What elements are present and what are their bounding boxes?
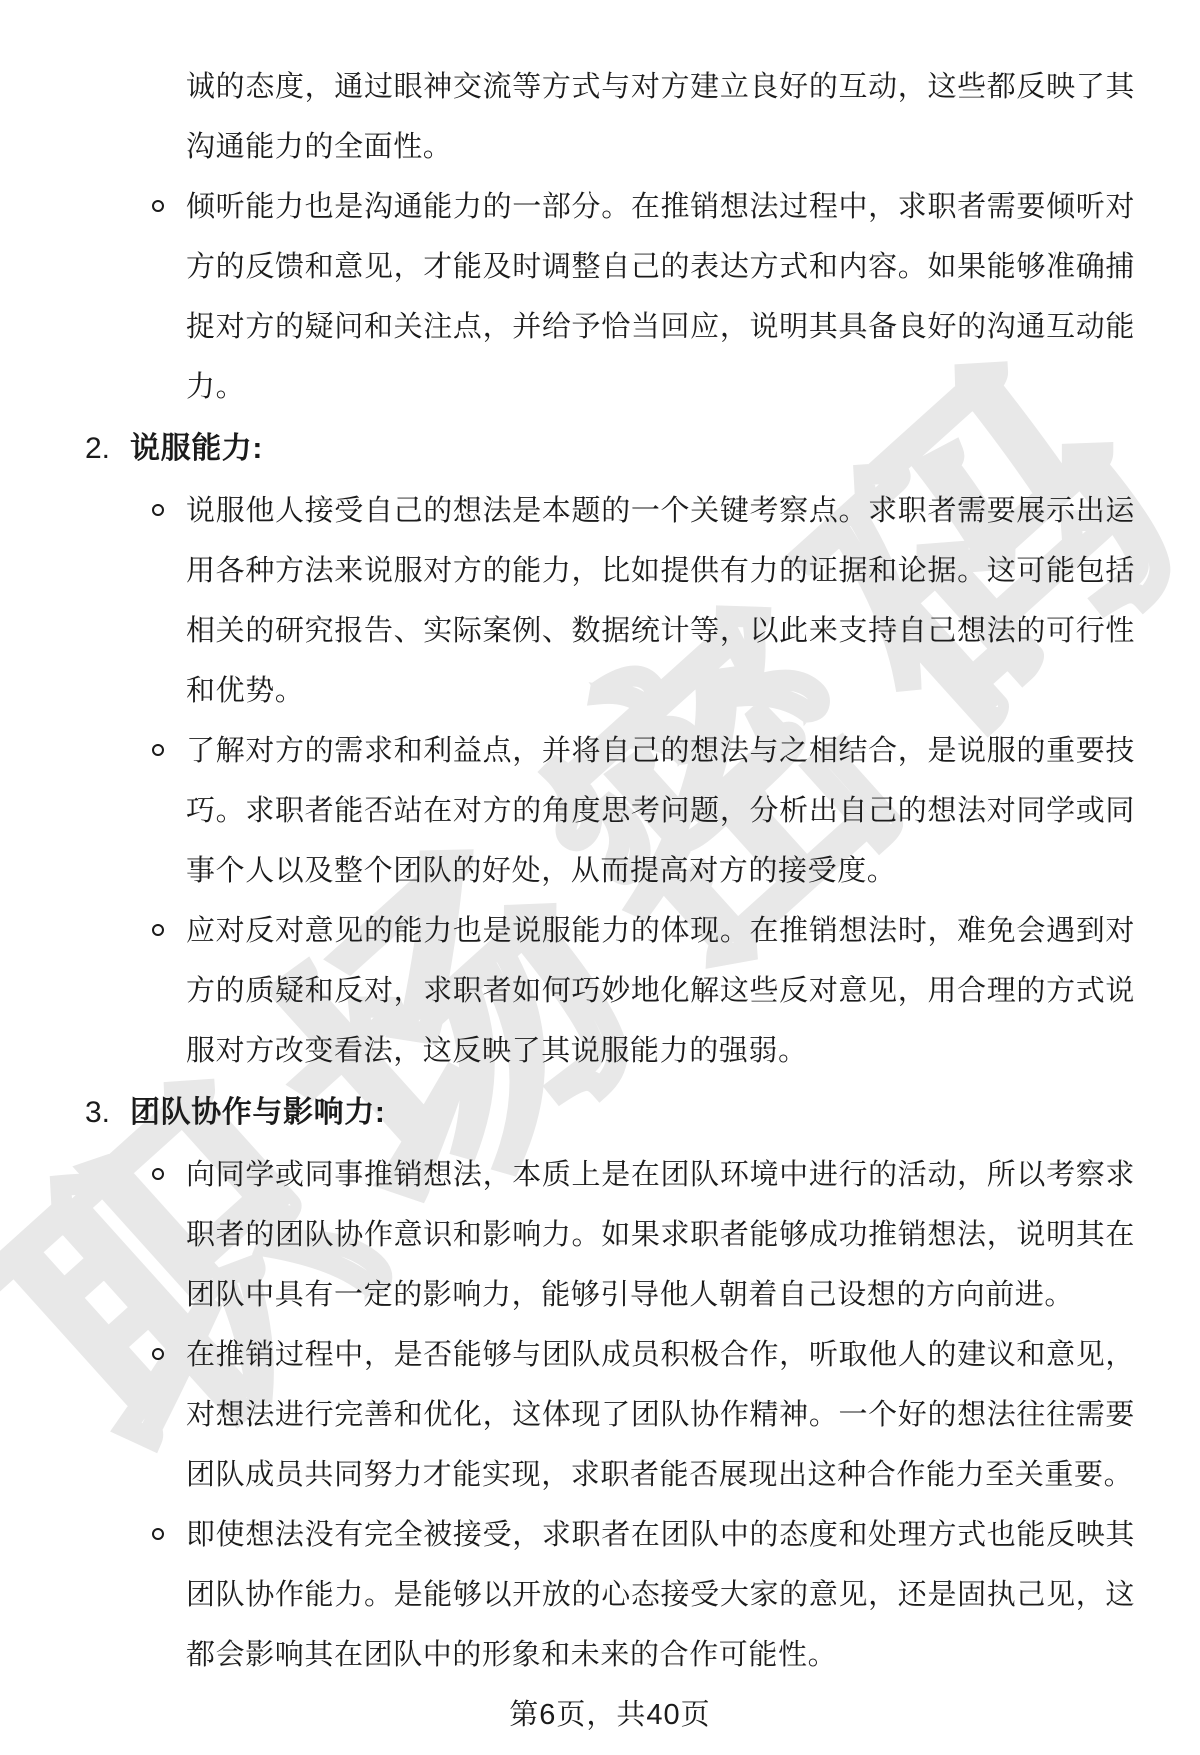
section-number: 2. [85, 419, 130, 479]
section-colon: : [375, 1096, 386, 1129]
section-heading-2: 2.说服能力: [85, 419, 1135, 479]
document-page: 职场密码 诚的态度，通过眼神交流等方式与对方建立良好的互动，这些都反映了其沟通能… [0, 0, 1200, 1755]
section-title: 说服能力 [130, 432, 252, 465]
circle-bullet-icon [152, 744, 164, 756]
bullet-text: 即使想法没有完全被接受，求职者在团队中的态度和处理方式也能反映其团队协作能力。是… [186, 1519, 1135, 1671]
section-colon: : [252, 432, 263, 465]
list-item: 应对反对意见的能力也是说服能力的体现。在推销想法时，难免会遇到对方的质疑和反对，… [186, 901, 1135, 1081]
circle-bullet-icon [152, 1528, 164, 1540]
page-number-footer: 第6页，共40页 [85, 1685, 1135, 1745]
list-item: 说服他人接受自己的想法是本题的一个关键考察点。求职者需要展示出运用各种方法来说服… [186, 481, 1135, 721]
bullet-text: 向同学或同事推销想法，本质上是在团队环境中进行的活动，所以考察求职者的团队协作意… [186, 1159, 1135, 1311]
list-item: 倾听能力也是沟通能力的一部分。在推销想法过程中，求职者需要倾听对方的反馈和意见，… [186, 177, 1135, 417]
circle-bullet-icon [152, 1168, 164, 1180]
continuation-paragraph: 诚的态度，通过眼神交流等方式与对方建立良好的互动，这些都反映了其沟通能力的全面性… [186, 57, 1135, 177]
list-item: 即使想法没有完全被接受，求职者在团队中的态度和处理方式也能反映其团队协作能力。是… [186, 1505, 1135, 1685]
bullet-text: 应对反对意见的能力也是说服能力的体现。在推销想法时，难免会遇到对方的质疑和反对，… [186, 915, 1135, 1067]
circle-bullet-icon [152, 1348, 164, 1360]
section-title: 团队协作与影响力 [130, 1096, 375, 1129]
list-item: 了解对方的需求和利益点，并将自己的想法与之相结合，是说服的重要技巧。求职者能否站… [186, 721, 1135, 901]
circle-bullet-icon [152, 200, 164, 212]
bullet-text: 了解对方的需求和利益点，并将自己的想法与之相结合，是说服的重要技巧。求职者能否站… [186, 735, 1135, 887]
section-heading-3: 3.团队协作与影响力: [85, 1083, 1135, 1143]
circle-bullet-icon [152, 924, 164, 936]
bullet-text: 说服他人接受自己的想法是本题的一个关键考察点。求职者需要展示出运用各种方法来说服… [186, 495, 1135, 707]
bullet-text: 倾听能力也是沟通能力的一部分。在推销想法过程中，求职者需要倾听对方的反馈和意见，… [186, 191, 1135, 403]
page-content: 诚的态度，通过眼神交流等方式与对方建立良好的互动，这些都反映了其沟通能力的全面性… [0, 0, 1135, 1745]
bullet-text: 在推销过程中，是否能够与团队成员积极合作，听取他人的建议和意见，对想法进行完善和… [186, 1339, 1135, 1491]
section-number: 3. [85, 1083, 130, 1143]
list-item: 向同学或同事推销想法，本质上是在团队环境中进行的活动，所以考察求职者的团队协作意… [186, 1145, 1135, 1325]
list-item: 在推销过程中，是否能够与团队成员积极合作，听取他人的建议和意见，对想法进行完善和… [186, 1325, 1135, 1505]
circle-bullet-icon [152, 504, 164, 516]
